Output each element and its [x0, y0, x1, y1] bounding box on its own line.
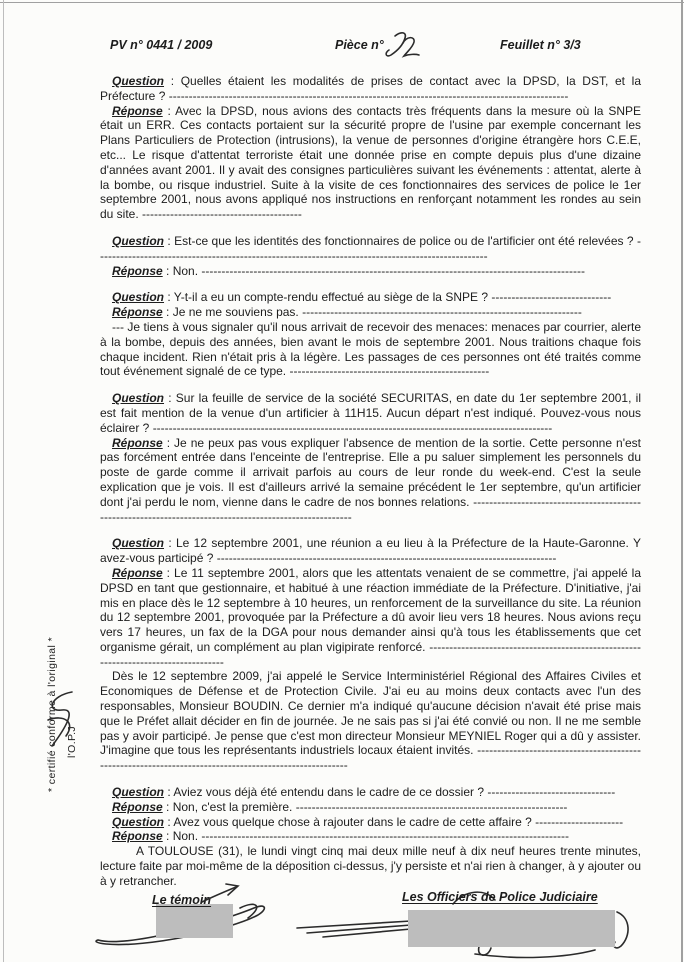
reponse-text: : Je ne peux pas vous expliquer l'absenc… — [100, 436, 641, 524]
pv-number: PV n° 0441 / 2009 — [110, 38, 212, 52]
scan-edge-right — [681, 0, 683, 962]
feuillet-number: Feuillet n° 3/3 — [500, 38, 581, 52]
reponse-label: Réponse — [112, 800, 163, 814]
deposition-body: Question : Quelles étaient les modalités… — [100, 74, 641, 889]
reponse-label: Réponse — [112, 264, 163, 278]
reponse-paragraph: Réponse : Le 11 septembre 2001, alors qu… — [100, 566, 641, 670]
statement-paragraph: Dès le 12 septembre 2009, j'ai appelé le… — [100, 669, 641, 773]
question-label: Question — [112, 785, 164, 799]
question-text: : Aviez vous déjà été entendu dans le ca… — [164, 785, 615, 799]
question-text: : Y-t-il a eu un compte-rendu effectué a… — [164, 290, 611, 304]
question-paragraph: Question : Quelles étaient les modalités… — [100, 74, 641, 104]
reponse-text: : Non. ---------------------------------… — [163, 264, 585, 278]
scanned-deposition-page: { "colors": { "paper": "#fcfcfa", "ink":… — [0, 0, 684, 962]
reponse-label: Réponse — [112, 829, 163, 843]
question-paragraph: Question : Avez vous quelque chose à raj… — [100, 815, 641, 830]
margin-paraph-signature — [38, 686, 82, 764]
question-label: Question — [112, 536, 164, 550]
reponse-paragraph: Réponse : Je ne peux pas vous expliquer … — [100, 436, 641, 525]
reponse-label: Réponse — [112, 436, 163, 450]
reponse-paragraph: Réponse : Je ne me souviens pas. -------… — [100, 305, 641, 320]
reponse-paragraph: Réponse : Non. -------------------------… — [100, 829, 641, 844]
question-paragraph: Question : Aviez vous déjà été entendu d… — [100, 785, 641, 800]
question-paragraph: Question : Y-t-il a eu un compte-rendu e… — [100, 290, 641, 305]
witness-pen-arrow-stroke — [200, 882, 244, 906]
question-text: : Quelles étaient les modalités de prise… — [100, 74, 641, 103]
question-label: Question — [112, 74, 164, 88]
statement-text: --- Je tiens à vous signaler qu'il nous … — [100, 320, 641, 378]
question-text: : Est-ce que les identités des fonctionn… — [100, 234, 641, 263]
question-paragraph: Question : Le 12 septembre 2001, une réu… — [100, 536, 641, 566]
reponse-text: : Non, c'est la première. --------------… — [163, 800, 568, 814]
statement-paragraph: --- Je tiens à vous signaler qu'il nous … — [100, 320, 641, 379]
scan-edge-top — [0, 2, 684, 3]
reponse-text: : Le 11 septembre 2001, alors que les at… — [100, 566, 641, 669]
reponse-paragraph: Réponse : Non. -------------------------… — [100, 264, 641, 279]
piece-number-handwritten — [381, 26, 425, 64]
question-text: : Avez vous quelque chose à rajouter dan… — [164, 815, 623, 829]
officers-signature-redaction-box — [408, 910, 615, 947]
reponse-text: : Je ne me souviens pas. ---------------… — [163, 305, 582, 319]
reponse-label: Réponse — [112, 566, 163, 580]
statement-text: Dès le 12 septembre 2009, j'ai appelé le… — [100, 669, 641, 772]
closing-paragraph: A TOULOUSE (31), le lundi vingt cinq mai… — [100, 844, 641, 888]
question-label: Question — [112, 290, 164, 304]
question-text: : Sur la feuille de service de la sociét… — [100, 391, 641, 435]
piece-label: Pièce n° — [335, 38, 384, 52]
reponse-paragraph: Réponse : Non, c'est la première. ------… — [100, 800, 641, 815]
closing-text: A TOULOUSE (31), le lundi vingt cinq mai… — [100, 844, 641, 888]
scan-edge-left — [3, 0, 4, 962]
witness-signature-redaction-box — [156, 904, 233, 938]
question-label: Question — [112, 815, 164, 829]
question-label: Question — [112, 234, 164, 248]
question-paragraph: Question : Est-ce que les identités des … — [100, 234, 641, 264]
reponse-text: : Non. ---------------------------------… — [163, 829, 569, 843]
reponse-label: Réponse — [112, 104, 163, 118]
question-text: : Le 12 septembre 2001, une réunion a eu… — [100, 536, 641, 565]
question-label: Question — [112, 391, 164, 405]
reponse-paragraph: Réponse : Avec la DPSD, nous avions des … — [100, 104, 641, 222]
officers-signature-label: Les Officiers de Police Judiciaire — [402, 890, 598, 904]
reponse-label: Réponse — [112, 305, 163, 319]
question-paragraph: Question : Sur la feuille de service de … — [100, 391, 641, 435]
reponse-text: : Avec la DPSD, nous avions des contacts… — [100, 104, 641, 222]
